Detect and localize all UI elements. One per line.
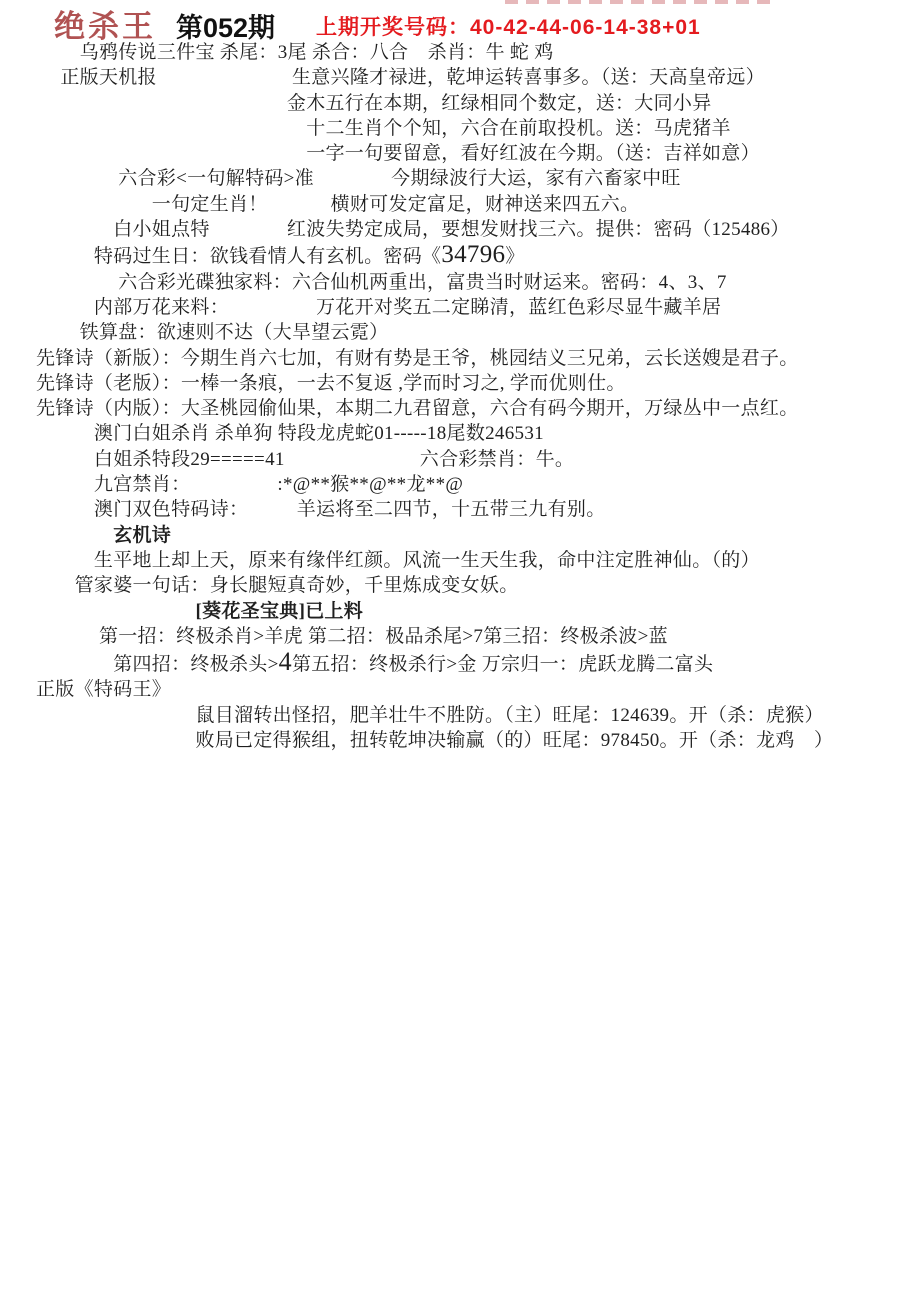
text-line: 九宫禁肖： :*@**猴**@**龙**@ <box>36 472 892 497</box>
text-line: 铁算盘：欲速则不达（大旱望云霓） <box>36 320 892 345</box>
text-segment: 先锋诗（内版）：大圣桃园偷仙果，本期二九君留意，六合有码今期开，万绿丛中一点红。 <box>36 398 799 419</box>
text-line: 内部万花来料： 万花开对奖五二定睇清，蓝红色彩尽显牛藏羊居 <box>36 295 892 320</box>
text-line: 六合彩<一句解特码>准 今期绿波行大运，家有六畜家中旺 <box>36 166 892 191</box>
text-line: 生平地上却上天，原来有缘伴红颜。风流一生天生我，命中注定胜神仙。（的） <box>36 548 892 573</box>
text-line: 正版天机报 生意兴隆才禄进，乾坤运转喜事多。（送：天高皇帝远） <box>36 65 892 90</box>
text-line: 败局已定得猴组，扭转乾坤决输赢（的）旺尾：978450。开（杀：龙鸡 ） <box>36 728 892 753</box>
text-line: 澳门白姐杀肖 杀单狗 特段龙虎蛇01-----18尾数246531 <box>36 421 892 446</box>
text-segment: 内部万花来料： 万花开对奖五二定睇清，蓝红色彩尽显牛藏羊居 <box>36 297 721 318</box>
text-line: [葵花圣宝典]已上料 <box>36 599 892 624</box>
text-segment: 第四招：终极杀头> <box>36 654 279 675</box>
text-line: 正版《特码王》 <box>36 677 892 702</box>
text-segment: 34796 <box>441 241 505 268</box>
text-segment: 金木五行在本期，红绿相同个数定，送：大同小异 <box>36 93 712 114</box>
text-line: 特码过生日：欲钱看情人有玄机。密码《34796》 <box>36 242 892 269</box>
text-segment: 先锋诗（新版）：今期生肖六七加，有财有势是王爷，桃园结义三兄弟，云长送嫂是君子。 <box>36 348 799 369</box>
text-segment: 白姐杀特段29=====41 六合彩禁肖：牛。 <box>36 449 574 470</box>
text-line: 金木五行在本期，红绿相同个数定，送：大同小异 <box>36 91 892 116</box>
text-segment: 白小姐点特 红波失势定成局，要想发财找三六。提供：密码（125486） <box>36 219 790 240</box>
text-line: 白姐杀特段29=====41 六合彩禁肖：牛。 <box>36 447 892 472</box>
text-segment: [葵花圣宝典]已上料 <box>36 601 363 622</box>
text-line: 白小姐点特 红波失势定成局，要想发财找三六。提供：密码（125486） <box>36 217 892 242</box>
text-segment: 正版《特码王》 <box>36 679 171 700</box>
text-segment: 第五招：终极杀行>金 万宗归一：虎跃龙腾二富头 <box>292 654 713 675</box>
last-draw-numbers: 上期开奖号码：40-42-44-06-14-38+01 <box>316 11 701 41</box>
text-line: 先锋诗（新版）：今期生肖六七加，有财有势是王爷，桃园结义三兄弟，云长送嫂是君子。 <box>36 346 892 371</box>
text-line: 第一招：终极杀肖>羊虎 第二招：极品杀尾>7第三招：终极杀波>蓝 <box>36 624 892 649</box>
text-segment: 一字一句要留意，看好红波在今期。（送：吉祥如意） <box>36 143 760 164</box>
text-line: 一句定生肖！ 横财可发定富足，财神送来四五六。 <box>36 192 892 217</box>
text-segment: 4 <box>279 647 292 676</box>
text-segment: 九宫禁肖： :*@**猴**@**龙**@ <box>36 474 463 495</box>
document-lines: 乌鸦传说三件宝 杀尾：3尾 杀合：八合 杀肖：牛 蛇 鸡 正版天机报 生意兴隆才… <box>36 40 892 753</box>
text-line: 一字一句要留意，看好红波在今期。（送：吉祥如意） <box>36 141 892 166</box>
text-segment: 六合彩<一句解特码>准 今期绿波行大运，家有六畜家中旺 <box>36 168 681 189</box>
text-segment: 澳门双色特码诗： 羊运将至二四节，十五带三九有别。 <box>36 499 606 520</box>
text-segment: 先锋诗（老版）：一棒一条痕，一去不复返 ,学而时习之, 学而优则仕。 <box>36 373 626 394</box>
text-line: 先锋诗（老版）：一棒一条痕，一去不复返 ,学而时习之, 学而优则仕。 <box>36 371 892 396</box>
text-line: 先锋诗（内版）：大圣桃园偷仙果，本期二九君留意，六合有码今期开，万绿丛中一点红。 <box>36 396 892 421</box>
text-segment: 管家婆一句话：身长腿短真奇妙，千里炼成变女妖。 <box>36 575 519 596</box>
text-segment: 玄机诗 <box>36 525 171 546</box>
text-line: 管家婆一句话：身长腿短真奇妙，千里炼成变女妖。 <box>36 573 892 598</box>
text-segment: 六合彩光碟独家料：六合仙机两重出，富贵当时财运来。密码：4、3、7 <box>36 272 727 293</box>
text-line: 十二生肖个个知，六合在前取投机。送：马虎猪羊 <box>36 116 892 141</box>
text-segment: 一句定生肖！ 横财可发定富足，财神送来四五六。 <box>36 194 639 215</box>
text-line: 乌鸦传说三件宝 杀尾：3尾 杀合：八合 杀肖：牛 蛇 鸡 <box>36 40 892 65</box>
text-segment: 》 <box>505 246 524 267</box>
text-segment: 铁算盘：欲速则不达（大旱望云霓） <box>36 322 388 343</box>
text-segment: 第一招：终极杀肖>羊虎 第二招：极品杀尾>7第三招：终极杀波>蓝 <box>36 626 668 647</box>
sheet-header: 绝杀王 第052期 上期开奖号码：40-42-44-06-14-38+01 <box>0 0 900 42</box>
text-segment: 澳门白姐杀肖 杀单狗 特段龙虎蛇01-----18尾数246531 <box>36 423 544 444</box>
text-segment: 十二生肖个个知，六合在前取投机。送：马虎猪羊 <box>36 118 731 139</box>
lottery-tip-sheet: 绝杀王 第052期 上期开奖号码：40-42-44-06-14-38+01 乌鸦… <box>0 0 900 1292</box>
text-line: 鼠目溜转出怪招，肥羊壮牛不胜防。（主）旺尾：124639。开（杀：虎猴） <box>36 703 892 728</box>
text-segment: 正版天机报 生意兴隆才禄进，乾坤运转喜事多。（送：天高皇帝远） <box>36 67 765 88</box>
text-line: 澳门双色特码诗： 羊运将至二四节，十五带三九有别。 <box>36 497 892 522</box>
text-segment: 生平地上却上天，原来有缘伴红颜。风流一生天生我，命中注定胜神仙。（的） <box>36 550 760 571</box>
text-line: 第四招：终极杀头>4第五招：终极杀行>金 万宗归一：虎跃龙腾二富头 <box>36 649 892 677</box>
text-line: 玄机诗 <box>36 523 892 548</box>
text-segment: 鼠目溜转出怪招，肥羊壮牛不胜防。（主）旺尾：124639。开（杀：虎猴） <box>36 705 824 726</box>
text-segment: 乌鸦传说三件宝 杀尾：3尾 杀合：八合 杀肖：牛 蛇 鸡 <box>36 42 554 63</box>
text-segment: 败局已定得猴组，扭转乾坤决输赢（的）旺尾：978450。开（杀：龙鸡 ） <box>36 730 833 751</box>
text-line: 六合彩光碟独家料：六合仙机两重出，富贵当时财运来。密码：4、3、7 <box>36 270 892 295</box>
text-segment: 特码过生日：欲钱看情人有玄机。密码《 <box>36 246 441 267</box>
